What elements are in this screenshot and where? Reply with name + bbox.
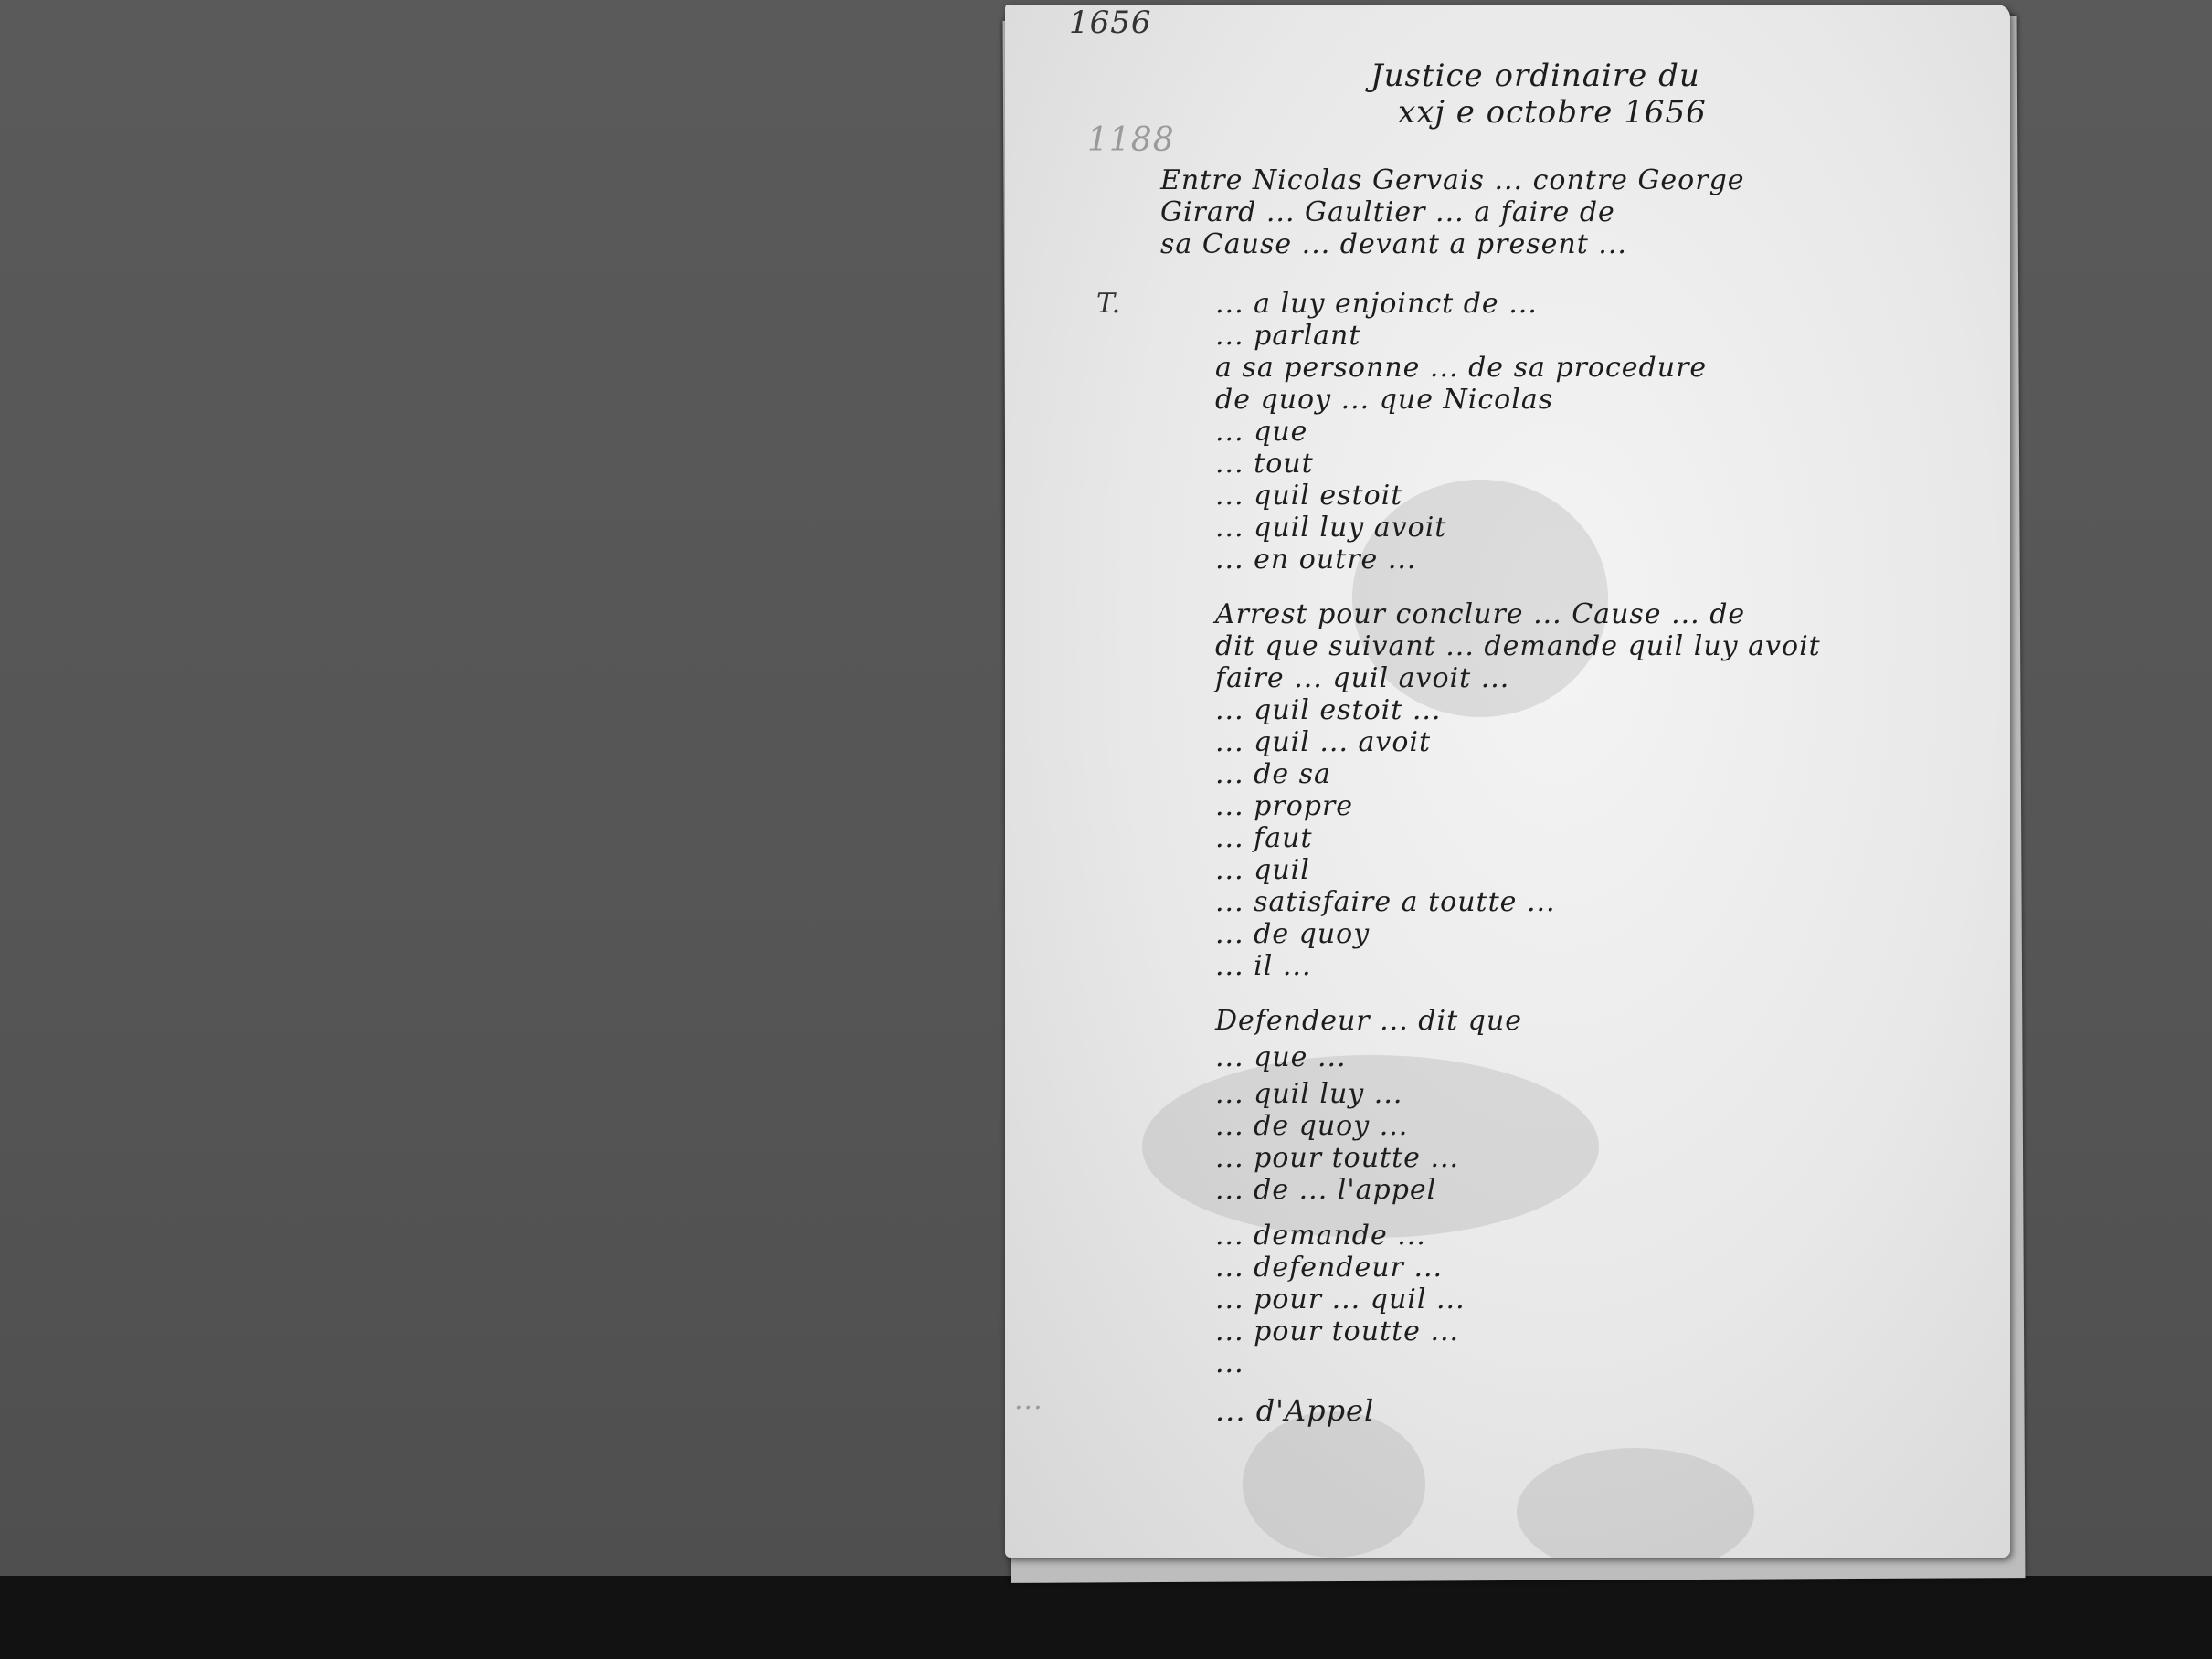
margin-mark: T. bbox=[1096, 288, 1121, 320]
text-line: ... que bbox=[1215, 416, 1307, 448]
text-line: ... quil estoit bbox=[1215, 480, 1402, 512]
margin-note: ... bbox=[1014, 1384, 1043, 1416]
year-mark: 1656 bbox=[1069, 5, 1152, 41]
text-line: ... il ... bbox=[1215, 950, 1311, 982]
text-line: a sa personne ... de sa procedure bbox=[1215, 352, 1707, 384]
heading-line: xxj e octobre 1656 bbox=[1398, 94, 1707, 131]
text-line: ... quil estoit ... bbox=[1215, 694, 1441, 726]
text-line: ... satisfaire a toutte ... bbox=[1215, 886, 1556, 918]
text-line: ... pour toutte ... bbox=[1215, 1142, 1459, 1174]
text-line: ... de quoy ... bbox=[1215, 1110, 1408, 1142]
text-line: ... pour ... quil ... bbox=[1215, 1284, 1466, 1316]
text-line: ... quil luy avoit bbox=[1215, 512, 1446, 544]
heading-line: Justice ordinaire du bbox=[1371, 58, 1700, 94]
text-line: ... defendeur ... bbox=[1215, 1252, 1443, 1284]
text-line: Defendeur ... dit que bbox=[1215, 1005, 1522, 1037]
text-line: ... en outre ... bbox=[1215, 544, 1416, 576]
text-line: ... demande ... bbox=[1215, 1220, 1426, 1252]
water-stain bbox=[1243, 1411, 1425, 1558]
text-line: ... bbox=[1215, 1347, 1244, 1379]
text-line: de quoy ... que Nicolas bbox=[1215, 384, 1553, 416]
water-stain bbox=[1517, 1448, 1754, 1558]
manuscript-page: 1656 1188 Justice ordinaire du xxj e oct… bbox=[1005, 5, 2010, 1558]
text-line: ... a luy enjoinct de ... bbox=[1215, 288, 1538, 320]
closing-line: ... d'Appel bbox=[1215, 1393, 1374, 1428]
text-line: sa Cause ... devant a present ... bbox=[1160, 228, 1627, 260]
text-line: ... que ... bbox=[1215, 1041, 1347, 1073]
text-line: Entre Nicolas Gervais ... contre George bbox=[1160, 164, 1745, 196]
text-line: ... de ... l'appel bbox=[1215, 1174, 1436, 1206]
text-line: ... de quoy bbox=[1215, 918, 1370, 950]
text-line: ... propre bbox=[1215, 790, 1353, 822]
text-line: ... faut bbox=[1215, 822, 1313, 854]
dark-base bbox=[0, 1576, 2212, 1659]
text-line: ... quil ... avoit bbox=[1215, 726, 1431, 758]
text-line: Girard ... Gaultier ... a faire de bbox=[1160, 196, 1615, 228]
text-line: ... de sa bbox=[1215, 758, 1331, 790]
text-line: ... tout bbox=[1215, 448, 1314, 480]
text-line: ... quil bbox=[1215, 854, 1310, 886]
text-line: dit que suivant ... demande quil luy avo… bbox=[1215, 630, 1821, 662]
text-line: ... parlant bbox=[1215, 320, 1360, 352]
archive-mark: 1188 bbox=[1087, 122, 1175, 159]
text-line: ... pour toutte ... bbox=[1215, 1316, 1459, 1347]
text-line: Arrest pour conclure ... Cause ... de bbox=[1215, 598, 1745, 630]
text-line: ... quil luy ... bbox=[1215, 1078, 1402, 1110]
text-line: faire ... quil avoit ... bbox=[1215, 662, 1509, 694]
